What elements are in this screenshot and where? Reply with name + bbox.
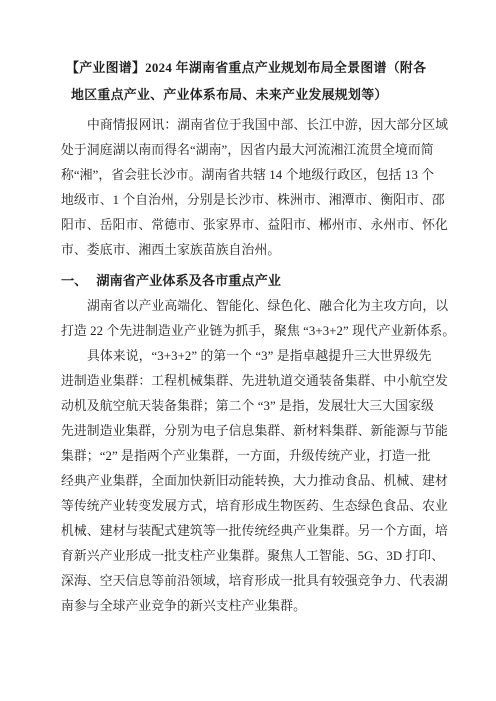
text-line: 育新兴产业形成一批支柱产业集群。聚焦人工智能、5G、3D 打印、 xyxy=(61,544,438,569)
section-heading: 一、湖南省产业体系及各市重点产业 xyxy=(61,267,438,294)
text-line: 深海、空天信息等前沿领域，培育形成一批具有较强竞争力、代表湖 xyxy=(61,569,438,594)
paragraph-332-detail: 具体来说，“3+3+2” 的第一个 “3” 是指卓越提升三大世界级先 进制造业集… xyxy=(61,344,438,619)
heading-text: 湖南省产业体系及各市重点产业 xyxy=(96,273,281,288)
paragraph-industry-system: 湖南省以产业高端化、智能化、绿色化、融合化为主攻方向，以 打造 22 个先进制造… xyxy=(61,294,438,344)
text-line: 市、娄底市、湘西土家族苗族自治州。 xyxy=(61,238,438,263)
text-line: 集群；“2” 是指两个产业集群，一方面，升级传统产业，打造一批 xyxy=(61,444,438,469)
text-line: 湖南省以产业高端化、智能化、绿色化、融合化为主攻方向，以 xyxy=(61,294,438,319)
text-line: 地级市、1 个自治州，分别是长沙市、株洲市、湘潭市、衡阳市、邵 xyxy=(61,188,438,213)
text-line: 南参与全球产业竞争的新兴支柱产业集群。 xyxy=(61,594,438,619)
text-line: 进制造业集群：工程机械集群、先进轨道交通装备集群、中小航空发 xyxy=(61,369,438,394)
text-line: 经典产业集群，全面加快新旧动能转换，大力推动食品、机械、建材 xyxy=(61,469,438,494)
document-title: 【产业图谱】2024 年湖南省重点产业规划布局全景图谱（附各 地区重点产业、产业… xyxy=(61,55,438,109)
document-page: 【产业图谱】2024 年湖南省重点产业规划布局全景图谱（附各 地区重点产业、产业… xyxy=(0,0,496,701)
text-line: 阳市、岳阳市、常德市、张家界市、益阳市、郴州市、永州市、怀化 xyxy=(61,213,438,238)
heading-number: 一、 xyxy=(61,273,87,288)
title-line: 【产业图谱】2024 年湖南省重点产业规划布局全景图谱（附各 xyxy=(61,55,438,82)
text-line: 先进制造业集群，分别为电子信息集群、新材料集群、新能源与节能 xyxy=(61,419,438,444)
text-line: 机械、建材与装配式建筑等一批传统经典产业集群。另一个方面，培 xyxy=(61,519,438,544)
text-line: 打造 22 个先进制造业产业链为抓手，聚焦 “3+3+2” 现代产业新体系。 xyxy=(61,319,438,344)
text-line: 称“湘”，省会驻长沙市。湖南省共辖 14 个地级行政区，包括 13 个 xyxy=(61,163,438,188)
document-body: 【产业图谱】2024 年湖南省重点产业规划布局全景图谱（附各 地区重点产业、产业… xyxy=(61,55,438,619)
text-line: 处于洞庭湖以南而得名“湖南”，因省内最大河流湘江流贯全境而简 xyxy=(61,138,438,163)
title-line: 地区重点产业、产业体系布局、未来产业发展规划等） xyxy=(61,82,438,109)
text-line: 动机及航空航天装备集群；第二个 “3” 是指，发展壮大三大国家级 xyxy=(61,394,438,419)
text-line: 具体来说，“3+3+2” 的第一个 “3” 是指卓越提升三大世界级先 xyxy=(61,344,438,369)
text-line: 等传统产业转变发展方式，培育形成生物医药、生态绿色食品、农业 xyxy=(61,494,438,519)
paragraph-intro: 中商情报网讯：湖南省位于我国中部、长江中游，因大部分区域 处于洞庭湖以南而得名“… xyxy=(61,113,438,263)
text-line: 中商情报网讯：湖南省位于我国中部、长江中游，因大部分区域 xyxy=(61,113,438,138)
